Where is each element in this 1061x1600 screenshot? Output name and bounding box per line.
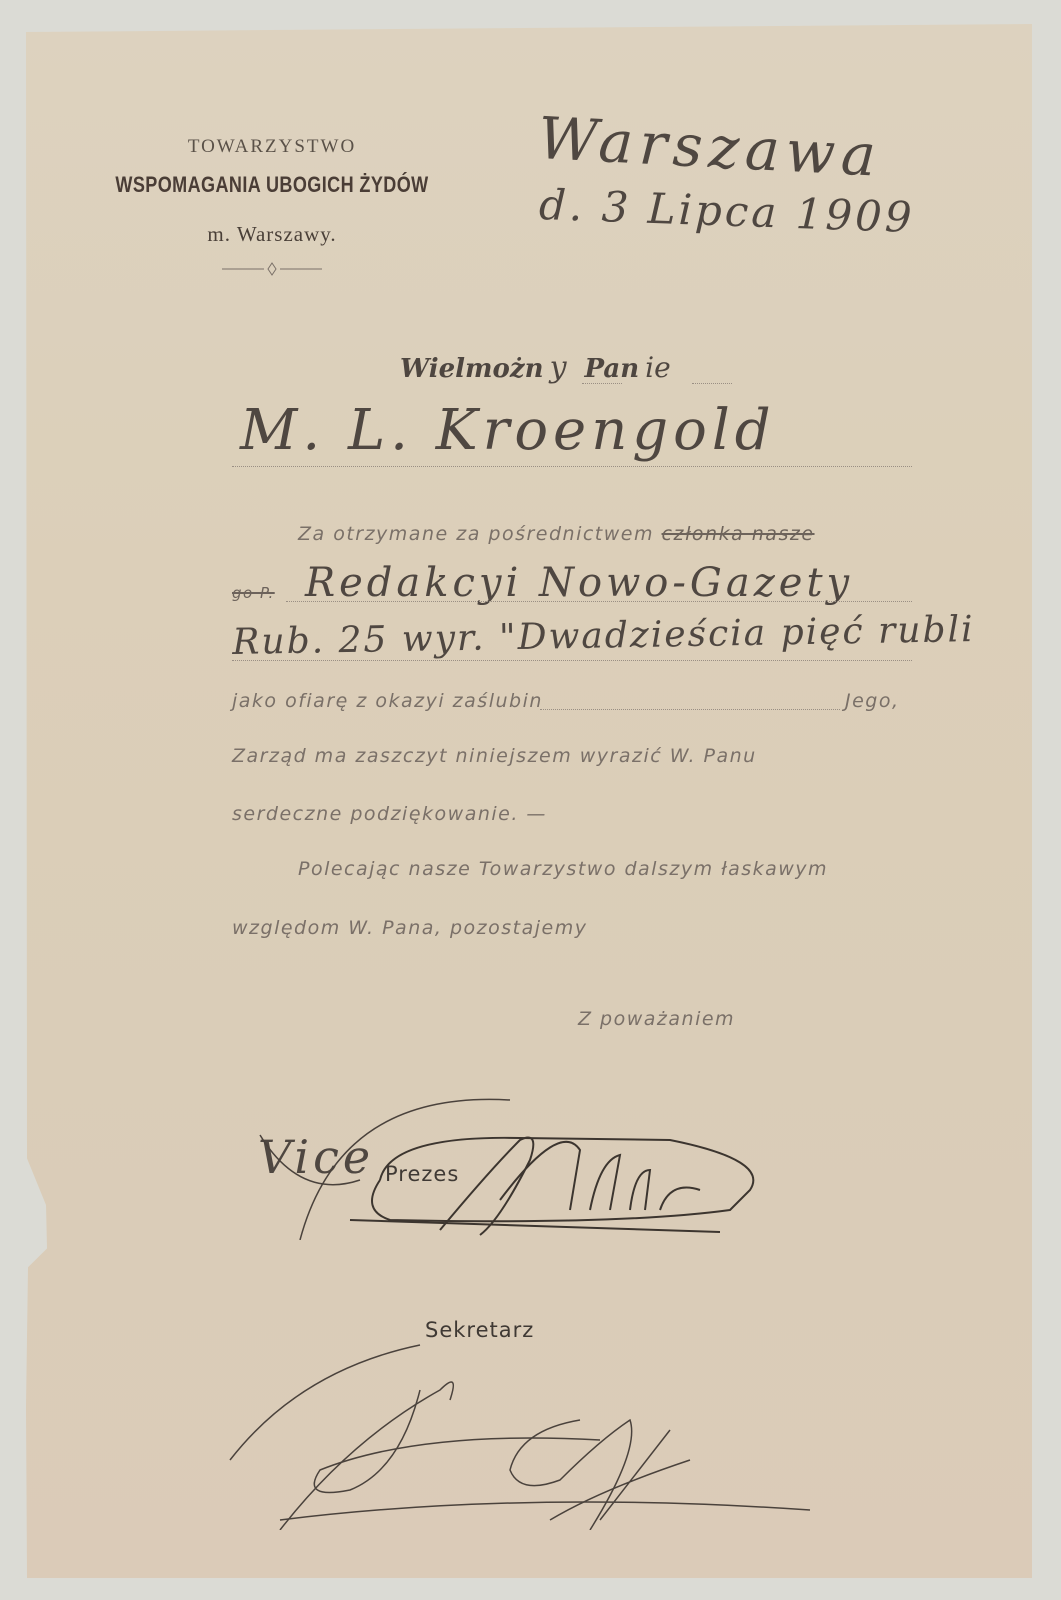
body-line-7: Polecając nasze Towarzystwo dalszym łask… <box>298 858 828 880</box>
letterhead-city: m. Warszawy. <box>0 222 544 247</box>
salutation: WielmożnyPanie <box>400 350 671 385</box>
struck-text-2: go P. <box>232 584 275 602</box>
body-line-6: serdeczne podziękowanie. — <box>232 803 547 825</box>
body-line-1-text: Za otrzymane za pośrednictwem <box>298 523 654 545</box>
body-line-8: względom W. Pana, pozostajemy <box>232 917 587 939</box>
letterhead-society-name: WSPOMAGANIA UBOGICH ŻYDÓW <box>49 172 495 198</box>
dotted-rule <box>582 383 622 384</box>
body-line-4b: Jego, <box>845 690 900 712</box>
recipient-name: M. L. Kroengold <box>240 398 776 463</box>
signature-prezes-icon <box>240 1060 760 1240</box>
dotted-rule <box>692 383 732 384</box>
closing: Z poważaniem <box>578 1008 735 1030</box>
handwritten-donor: Redakcyi Nowo-Gazety <box>305 560 853 606</box>
struck-text: członka nasze <box>662 523 815 545</box>
dotted-rule <box>286 601 912 602</box>
letterhead-line1: TOWARZYSTWO <box>0 136 544 158</box>
ornament-divider-icon <box>222 262 322 276</box>
body-line-1: Za otrzymane za pośrednictwem członka na… <box>298 523 815 545</box>
body-line-5: Zarząd ma zaszczyt niniejszem wyrazić W.… <box>232 745 757 767</box>
dotted-rule <box>232 466 912 467</box>
salutation-printed-1: Wielmożn <box>400 354 544 384</box>
salutation-hand-2: ie <box>645 351 671 384</box>
salutation-hand-1: y <box>550 350 567 385</box>
dotted-rule <box>540 709 840 710</box>
signature-secretary-icon <box>220 1330 820 1530</box>
body-line-4a: jako ofiarę z okazyi zaślubin <box>232 690 543 712</box>
dotted-rule <box>232 660 912 661</box>
salutation-printed-2: Pan <box>585 354 640 384</box>
